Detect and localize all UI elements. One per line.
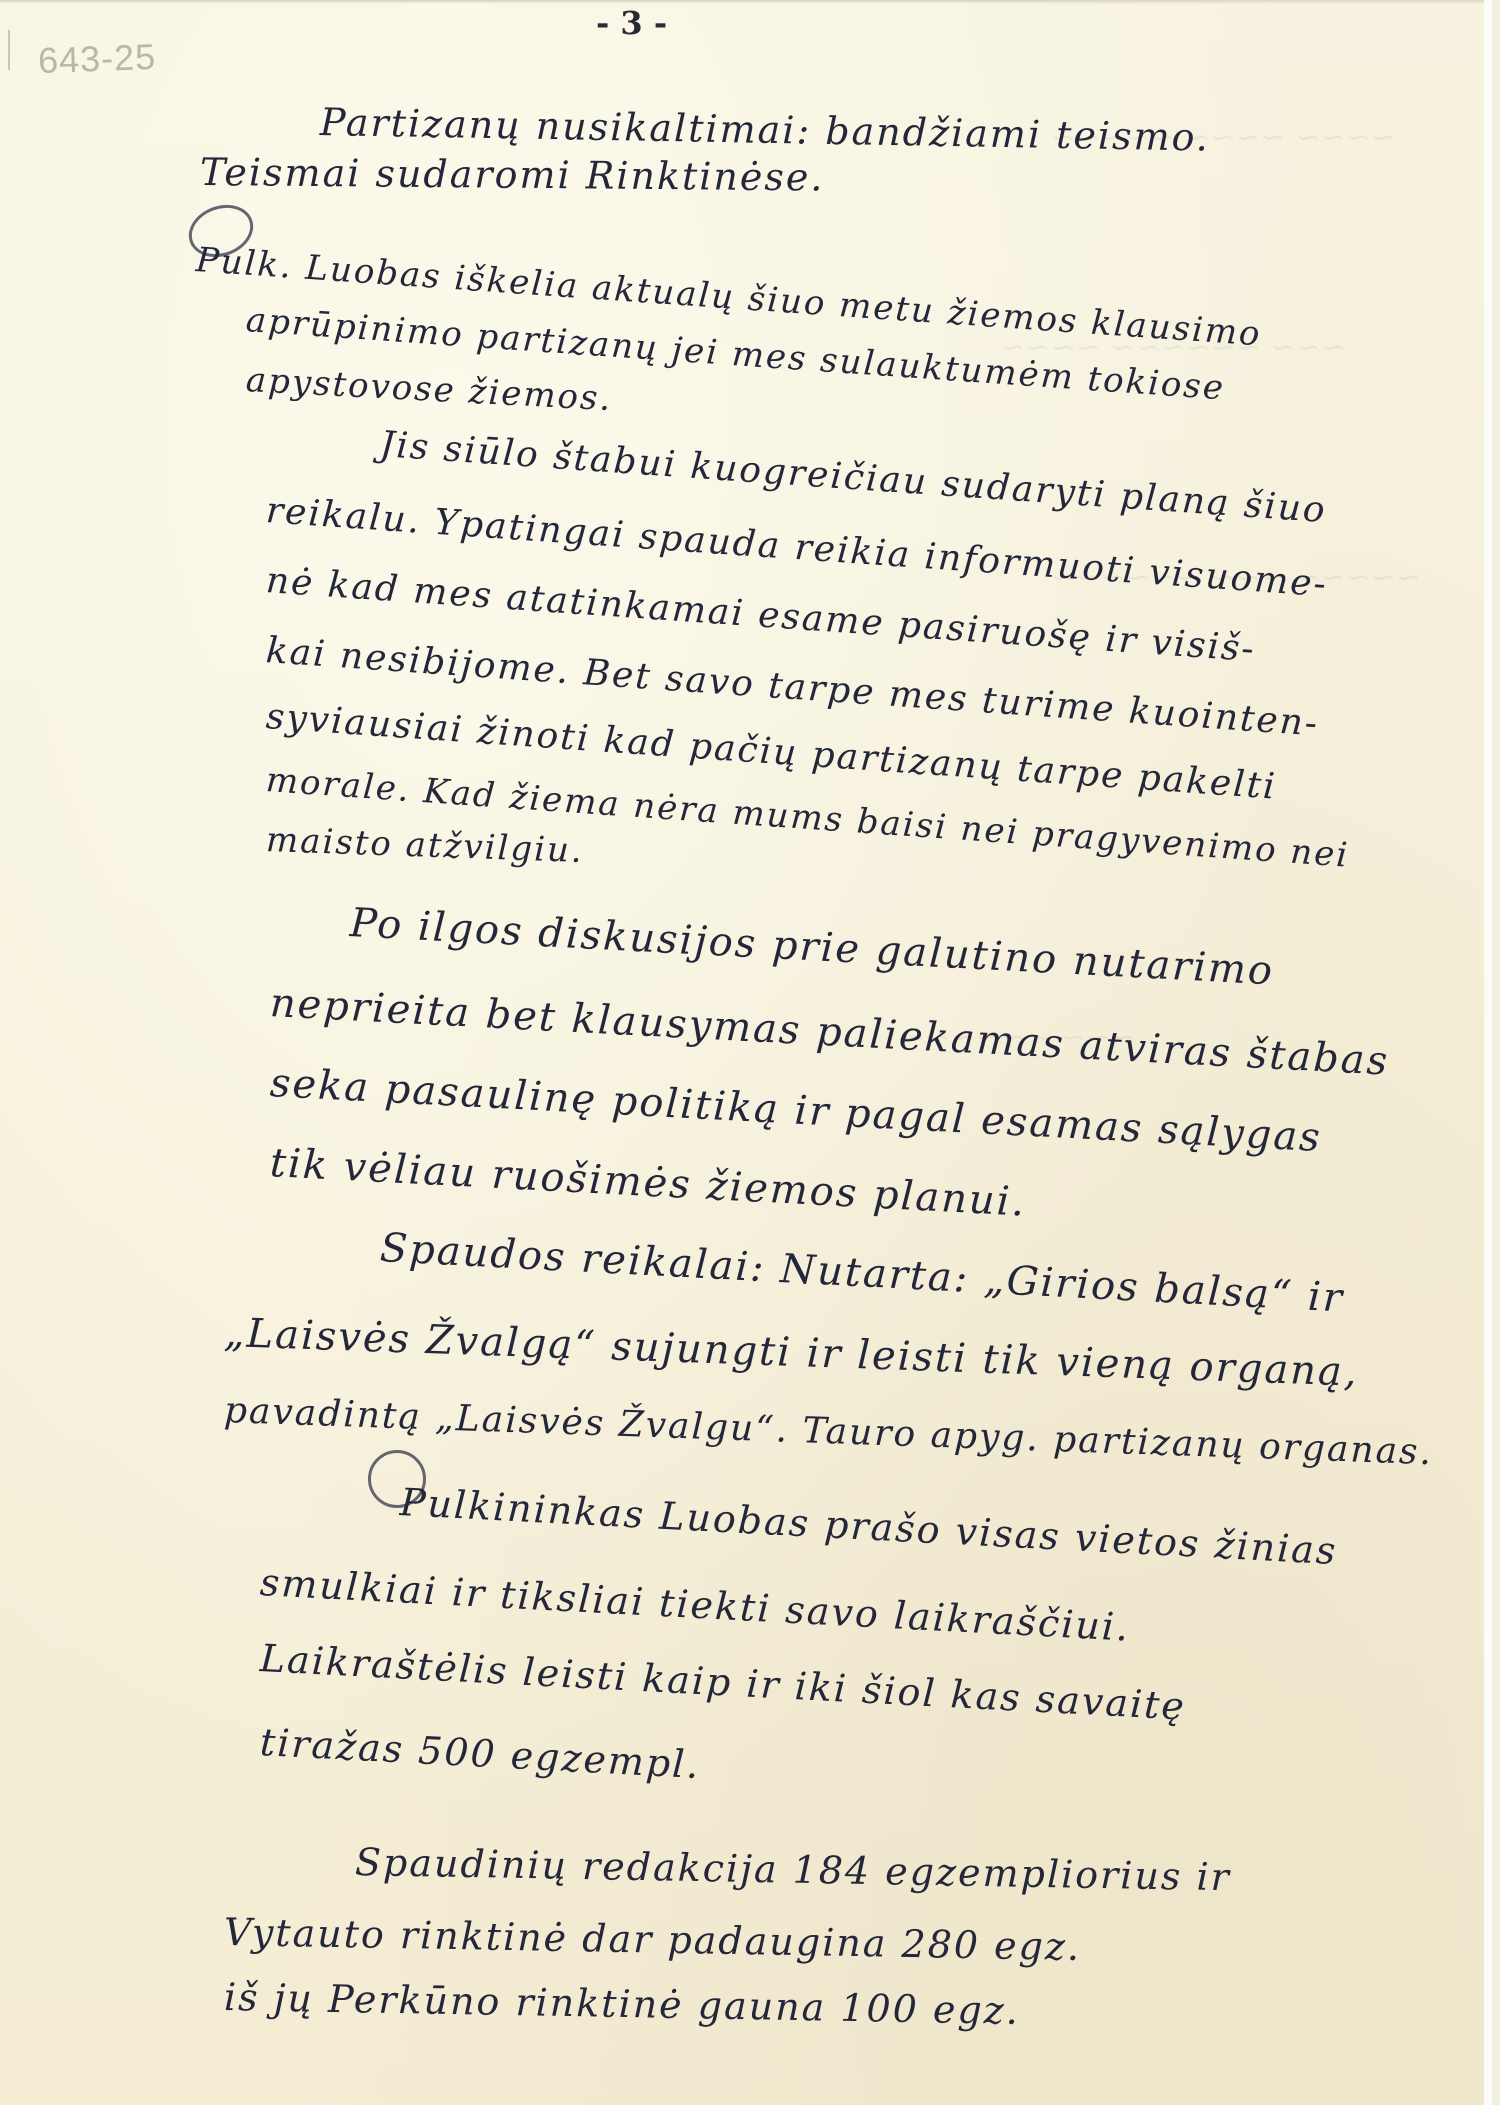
manuscript-line: tik vėliau ruošimės žiemos planui. [269,1140,1028,1226]
manuscript-line: iš jų Perkūno rinktinė gauna 100 egz. [224,1975,1021,2033]
page-top-edge [0,0,1492,4]
manuscript-line: Spaudos reikalai: Nutarta: „Girios balsą… [379,1225,1345,1321]
manuscript-line: tiražas 500 egzempl. [259,1720,702,1787]
manuscript-line: Laikraštėlis leisti kaip ir iki šiol kas… [259,1636,1187,1728]
manuscript-line: Po ilgos diskusijos prie galutino nutari… [349,900,1275,994]
page-number: - 3 - [596,4,667,42]
manuscript-line: seka pasaulinę politiką ir pagal esamas … [269,1060,1323,1161]
page-right-edge [1484,0,1492,2105]
manuscript-line: „Laisvės Žvalgą“ sujungti ir leisti tik … [223,1310,1359,1396]
manuscript-page: ~~~~ ~~~~ ~~~~~ ~~~ ~~~~~~ ~~~~ ~~~~~ ~~… [0,0,1492,2105]
manuscript-line: Partizanų nusikaltimai: bandžiami teismo… [320,100,1211,160]
manuscript-line: Pulkininkas Luobas prašo visas vietos ži… [399,1480,1339,1573]
manuscript-line: Vytauto rinktinė dar padaugina 280 egz. [224,1910,1082,1969]
archive-bracket-mark [8,30,14,70]
manuscript-line: maisto atžvilgiu. [265,820,584,871]
manuscript-line: Spaudinių redakcija 184 egzempliorius ir [355,1840,1232,1899]
manuscript-line: smulkiai ir tiksliai tiekti savo laikraš… [259,1560,1131,1650]
manuscript-line: apystovose žiemos. [245,360,613,419]
manuscript-line: Teismai sudaromi Rinktinėse. [200,150,825,199]
archive-number: 643-25 [37,36,157,82]
